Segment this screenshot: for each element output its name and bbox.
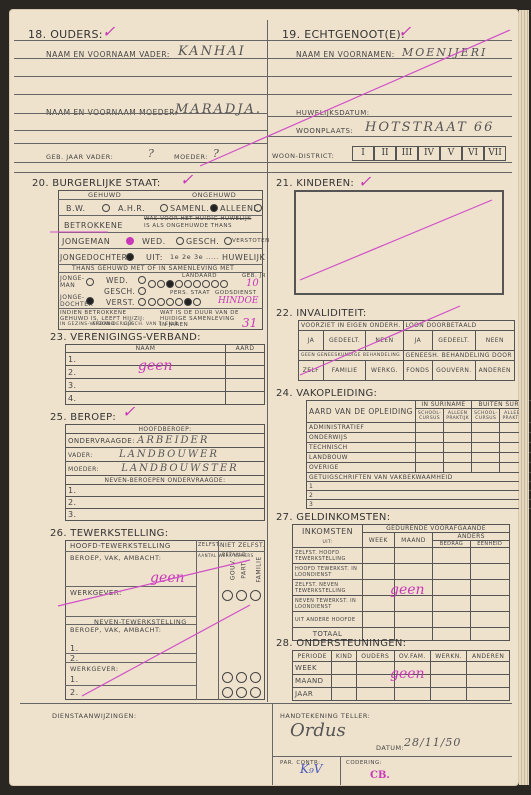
beroep2-label: BEROEP, VAK, AMBACHT: bbox=[70, 626, 161, 634]
gedeelt-option[interactable]: GEDEELT. bbox=[323, 331, 365, 351]
section-24-title: 24. VAKOPLEIDING: bbox=[276, 388, 377, 399]
handwritten-geen: geen bbox=[390, 666, 425, 682]
third-label: 3e bbox=[194, 253, 203, 261]
werkgever2-label: WERKGEVER: bbox=[70, 665, 119, 673]
wed2-label: WED. bbox=[106, 276, 128, 285]
table-row: HOOFD TEWERKST. IN LOONDIENST bbox=[293, 564, 363, 580]
table-row: MAAND bbox=[293, 675, 332, 688]
handtekening-label: HANDTEKENING TELLER: bbox=[280, 712, 370, 720]
loon-header: LOON DOORBETAALD bbox=[403, 321, 514, 331]
table-row[interactable]: 3 bbox=[307, 500, 528, 509]
jongedochter-radio-selected[interactable] bbox=[126, 253, 134, 261]
hoofdberoep-header: HOOFDBEROEP: bbox=[66, 425, 265, 434]
district-selector: I II III IV V VI VII bbox=[352, 146, 506, 161]
beroep-label: BEROEP, VAK, AMBACHT: bbox=[70, 554, 161, 562]
gouvern-option[interactable]: GOUVERN. bbox=[433, 361, 476, 381]
zelf-option[interactable]: ZELF bbox=[299, 361, 324, 381]
ahr-label: A.H.R. bbox=[118, 204, 145, 213]
gedeelt2-option[interactable]: GEDEELT. bbox=[433, 331, 476, 351]
neven-header: NEVEN-BEROEPEN ONDERVRAAGDE: bbox=[66, 476, 265, 485]
jonge-man-label: JONGE-MAN bbox=[60, 275, 84, 289]
part-radio[interactable] bbox=[236, 590, 247, 601]
table-row[interactable]: 3. bbox=[66, 379, 226, 392]
second-label: 2e bbox=[182, 253, 191, 261]
gesch-van-label: GESCH. VAN T. EN B. bbox=[124, 322, 180, 327]
betrokkene-label: BETROKKENE bbox=[64, 221, 123, 230]
niet-zelfst-label: NIET ZELFST. bbox=[220, 542, 265, 549]
table-row: UIT ANDERE HOOFDE bbox=[293, 612, 363, 628]
betaald-label: BETAALD bbox=[222, 553, 246, 558]
werkn-header: WERKN. bbox=[430, 651, 466, 662]
landaard-radio-selected[interactable] bbox=[166, 280, 174, 288]
gouv-radio[interactable] bbox=[222, 687, 233, 698]
district-option[interactable]: III bbox=[396, 146, 418, 161]
row-1[interactable]: 1. bbox=[70, 675, 79, 684]
row-2[interactable]: 2. bbox=[70, 688, 79, 697]
table-row: WEEK bbox=[293, 662, 332, 675]
anderen-header: ANDEREN bbox=[467, 651, 510, 662]
naam-header: NAAM bbox=[66, 345, 226, 353]
table-row[interactable]: 3. bbox=[66, 509, 265, 521]
ondervraagde-label: ONDERVRAAGDE: bbox=[68, 437, 135, 445]
landaard-radio[interactable] bbox=[202, 280, 210, 288]
ja-option[interactable]: JA bbox=[299, 331, 324, 351]
pers-staat-radio[interactable] bbox=[148, 298, 156, 306]
mother-birth-year-value[interactable]: ? bbox=[213, 147, 221, 160]
duur-value[interactable]: 31 bbox=[242, 316, 257, 330]
section-21-title: 21. KINDEREN: bbox=[276, 178, 354, 189]
district-label: WOON-DISTRICT: bbox=[272, 152, 334, 160]
mother-birth-year-label: MOEDER: bbox=[174, 153, 208, 161]
part-radio[interactable] bbox=[236, 672, 247, 683]
table-row: ONDERWIJS bbox=[307, 433, 416, 443]
getuig-header: GETUIGSCHRIFTEN VAN VAKBEKWAAMHEID bbox=[307, 473, 528, 482]
verst-label: VERST. bbox=[106, 298, 135, 307]
vakopleiding-table: AARD VAN DE OPLEIDINGIN SURINAMEBUITEN S… bbox=[306, 400, 531, 509]
datum-label: DATUM: bbox=[376, 744, 404, 752]
neen2-option[interactable]: NEEN bbox=[475, 331, 514, 351]
checkmark: ✓ bbox=[358, 172, 371, 191]
table-row[interactable]: 1. bbox=[66, 485, 265, 497]
table-row[interactable]: 2 bbox=[307, 491, 528, 500]
bw-radio[interactable] bbox=[102, 204, 110, 212]
landaard-radio[interactable] bbox=[193, 280, 201, 288]
bw-label: B.W. bbox=[66, 204, 86, 213]
familie-radio[interactable] bbox=[250, 687, 261, 698]
jonge-dochter-label: JONGE-DOCHTER bbox=[60, 294, 86, 308]
teller-signature: Ordus bbox=[290, 720, 346, 741]
moeder-label: MOEDER: bbox=[68, 466, 99, 473]
gesch-label: GESCH. bbox=[186, 237, 219, 246]
ahr-radio[interactable] bbox=[160, 204, 168, 212]
school2-header: SCHOOL-CURSUS bbox=[472, 409, 500, 423]
table-row[interactable]: 2. bbox=[66, 497, 265, 509]
wed-radio[interactable] bbox=[176, 237, 184, 245]
table-row: NEVEN TEWERKST. IN LOONDIENST bbox=[293, 596, 363, 612]
section-26-title: 26. TEWERKSTELLING: bbox=[50, 528, 168, 539]
wed-label: WED. bbox=[142, 237, 166, 246]
aard-header: AARD VAN DE OPLEIDING bbox=[307, 401, 416, 423]
jongeman-radio-selected[interactable] bbox=[126, 237, 134, 245]
familie-option[interactable]: FAMILIE bbox=[323, 361, 365, 381]
vader-value[interactable]: LANDBOUWER bbox=[95, 449, 219, 460]
was-voor-label: WAS VOOR HET HUIDIG HUWELIJK bbox=[144, 216, 251, 222]
section-25-title: 25. BEROEP: bbox=[50, 412, 116, 423]
hoofd-tewerk-label: HOOFD-TEWERKSTELLING bbox=[70, 542, 171, 550]
thans-label: THANS GEHUWD MET OF IN SAMENLEVING MET bbox=[72, 265, 234, 272]
gouv-radio[interactable] bbox=[222, 590, 233, 601]
godsdienst-value[interactable]: HINDOE bbox=[218, 296, 258, 306]
familie-radio[interactable] bbox=[250, 590, 261, 601]
table-row: OVERIGE bbox=[307, 463, 416, 473]
landaard-radio[interactable] bbox=[220, 280, 228, 288]
par-contr-initials: K₉V bbox=[300, 762, 322, 776]
father-name-value[interactable]: KANHAI bbox=[178, 44, 246, 59]
table-row: TECHNISCH bbox=[307, 443, 416, 453]
anderen-option[interactable]: ANDEREN bbox=[475, 361, 514, 381]
jonge-dochter-radio-selected[interactable] bbox=[86, 297, 94, 305]
landaard-label: LANDAARD bbox=[182, 273, 217, 279]
table-row[interactable]: 1 bbox=[307, 482, 528, 491]
moeder-value[interactable]: LANDBOUWSTER bbox=[101, 463, 238, 474]
gouv-radio[interactable] bbox=[222, 672, 233, 683]
week-header: WEEK bbox=[363, 533, 395, 548]
bedrag-header: BEDRAG bbox=[433, 541, 470, 548]
werkgever-label: WERKGEVER: bbox=[70, 589, 122, 597]
section-23-title: 23. VERENIGINGS-VERBAND: bbox=[50, 332, 201, 343]
district-option[interactable]: II bbox=[374, 146, 396, 161]
vader-label: VADER: bbox=[68, 452, 93, 459]
huwelijk-label: HUWELIJK bbox=[222, 253, 265, 262]
table-row: JAAR bbox=[293, 688, 332, 701]
neen-option[interactable]: NEEN bbox=[366, 331, 403, 351]
uit-label: UIT: bbox=[146, 253, 163, 262]
is-als-label: IS ALS ONGEHUWDE THANS bbox=[144, 223, 232, 229]
part-radio[interactable] bbox=[236, 687, 247, 698]
district-option[interactable]: VI bbox=[462, 146, 484, 161]
handwritten-geen: geen bbox=[150, 570, 185, 586]
gesch2-radio[interactable] bbox=[138, 287, 146, 295]
ovfam-header: OV.FAM. bbox=[394, 651, 430, 662]
indien-label: INDIEN BETROKKENE GEHUWD IS, LEEFT HIJ/Z… bbox=[60, 310, 155, 322]
handwritten-geen: geen bbox=[138, 358, 173, 374]
children-box[interactable] bbox=[294, 190, 504, 295]
familie-label: FAMILIE bbox=[256, 556, 263, 582]
school-header: SCHOOL-CURSUS bbox=[415, 409, 443, 423]
inkomsten-header: INKOMSTENUIT: bbox=[293, 525, 363, 548]
married-header: GEHUWD bbox=[88, 191, 121, 199]
geen-gen-label: GEEN GENEESKUNDIGE BEHANDELING bbox=[299, 351, 404, 361]
voorziet-header: VOORZIET IN EIGEN ONDERH. bbox=[299, 321, 404, 331]
census-form-page: 18. OUDERS: ✓ NAAM EN VOORNAAM VADER: KA… bbox=[10, 10, 518, 785]
father-birth-year-label: GEB. JAAR VADER: bbox=[46, 153, 113, 161]
section-28-title: 28. ONDERSTEUNINGEN: bbox=[276, 638, 406, 649]
beroep-table: HOOFDBEROEP: ONDERVRAAGDE: ARBEIDER VADE… bbox=[65, 424, 265, 521]
section-27-title: 27. GELDINKOMSTEN: bbox=[276, 512, 390, 523]
gouv-label: GOUV. bbox=[229, 559, 236, 581]
verenigingen-table: NAAMAARD 1. 2. 3. 4. bbox=[65, 344, 265, 405]
fonds-option[interactable]: FONDS bbox=[403, 361, 433, 381]
card-stack-edge bbox=[519, 10, 529, 785]
pers-staat-radio-selected[interactable] bbox=[184, 298, 192, 306]
handwritten-geen: geen bbox=[390, 582, 425, 598]
alleenl-radio[interactable] bbox=[254, 204, 262, 212]
residence-value[interactable]: HOTSTRAAT 66 bbox=[365, 120, 494, 135]
periode-header: PERIODE bbox=[293, 651, 332, 662]
table-row: LANDBOUW bbox=[307, 453, 416, 463]
checkmark: ✓ bbox=[398, 22, 411, 41]
district-option[interactable]: I bbox=[352, 146, 374, 161]
dienstaanwijzingen-label: DIENSTAANWIJZINGEN: bbox=[52, 712, 137, 720]
jonge-man-radio[interactable] bbox=[86, 278, 94, 286]
codering-label: CODERING: bbox=[346, 760, 382, 766]
invaliditeit-table: VOORZIET IN EIGEN ONDERH.LOON DOORBETAAL… bbox=[298, 320, 515, 381]
dots-label: ..... bbox=[206, 253, 219, 261]
ja2-option[interactable]: JA bbox=[403, 331, 433, 351]
pers-staat-options bbox=[148, 298, 201, 306]
first-label: 1e bbox=[170, 253, 179, 261]
father-birth-year-value[interactable]: ? bbox=[148, 147, 156, 160]
landaard-radio[interactable] bbox=[211, 280, 219, 288]
table-row: ADMINISTRATIEF bbox=[307, 423, 416, 433]
verst-radio[interactable] bbox=[138, 298, 146, 306]
eenheid-header: EENHEID bbox=[470, 541, 509, 548]
part-label: PART. bbox=[241, 560, 248, 578]
pers-staat-radio[interactable] bbox=[193, 298, 201, 306]
landaard-radio[interactable] bbox=[148, 280, 156, 288]
landaard-radio[interactable] bbox=[175, 280, 183, 288]
wed2-radio[interactable] bbox=[138, 276, 146, 284]
in-suriname-header: IN SURINAME bbox=[415, 401, 471, 409]
datum-value[interactable]: 28/11/50 bbox=[404, 736, 461, 749]
table-row: ZELFST. HOOFD TEWERKSTELLING bbox=[293, 548, 363, 564]
pers-staat-radio[interactable] bbox=[175, 298, 183, 306]
familie-radio[interactable] bbox=[250, 672, 261, 683]
werkg-option[interactable]: WERKG. bbox=[366, 361, 403, 381]
residence-label: WOONPLAATS: bbox=[296, 127, 353, 135]
jongedochter-label: JONGEDOCHTER bbox=[60, 253, 127, 262]
unmarried-header: ONGEHUWD bbox=[192, 191, 236, 199]
landaard-radio[interactable] bbox=[157, 280, 165, 288]
checkmark: ✓ bbox=[102, 22, 115, 41]
genees-label: GENEESH. BEHANDELING DOOR bbox=[403, 351, 514, 361]
landaard-radio[interactable] bbox=[184, 280, 192, 288]
jongeman-label: JONGEMAN bbox=[62, 237, 110, 246]
pers-staat-radio[interactable] bbox=[166, 298, 174, 306]
checkmark: ✓ bbox=[122, 402, 135, 421]
mother-name-value[interactable]: MARADJA. bbox=[175, 102, 262, 117]
section-20-title: 20. BURGERLIJKE STAAT: bbox=[32, 178, 161, 189]
table-row[interactable]: 4. bbox=[66, 392, 226, 405]
district-option[interactable]: VII bbox=[484, 146, 506, 161]
gesch-radio[interactable] bbox=[224, 237, 232, 245]
pers-staat-radio[interactable] bbox=[157, 298, 165, 306]
district-option[interactable]: V bbox=[440, 146, 462, 161]
district-option[interactable]: IV bbox=[418, 146, 440, 161]
anders-header: ANDERS bbox=[433, 533, 510, 541]
kind-header: KIND bbox=[332, 651, 357, 662]
checkmark: ✓ bbox=[180, 170, 193, 189]
aard-header: AARD bbox=[226, 345, 265, 353]
samenl-label: SAMENL. bbox=[170, 204, 209, 213]
gedurende-header: GEDURENDE VOORAFGAANDE bbox=[363, 525, 510, 533]
ouders-header: OUDERS bbox=[356, 651, 394, 662]
landaard-options bbox=[148, 280, 228, 288]
section-22-title: 22. INVALIDITEIT: bbox=[276, 308, 367, 319]
maand-header: MAAND bbox=[394, 533, 433, 548]
table-row: ZELFST. NEVEN TEWERKSTELLING bbox=[293, 580, 363, 596]
row-1[interactable]: 1. bbox=[70, 644, 79, 653]
codering-value[interactable]: CB. bbox=[370, 770, 390, 781]
ondervraagde-value[interactable]: ARBEIDER bbox=[137, 435, 209, 446]
pers-staat-label: PERS. STAAT bbox=[170, 290, 210, 296]
samenl-radio-selected[interactable] bbox=[210, 204, 218, 212]
verstoten-label: VERSTOTEN bbox=[232, 238, 270, 244]
alleen-header: ALLEEN PRAKTIJK bbox=[444, 409, 472, 423]
gesch2-label: GESCH. bbox=[104, 287, 135, 296]
geb-jr-value[interactable]: 10 bbox=[246, 278, 259, 289]
